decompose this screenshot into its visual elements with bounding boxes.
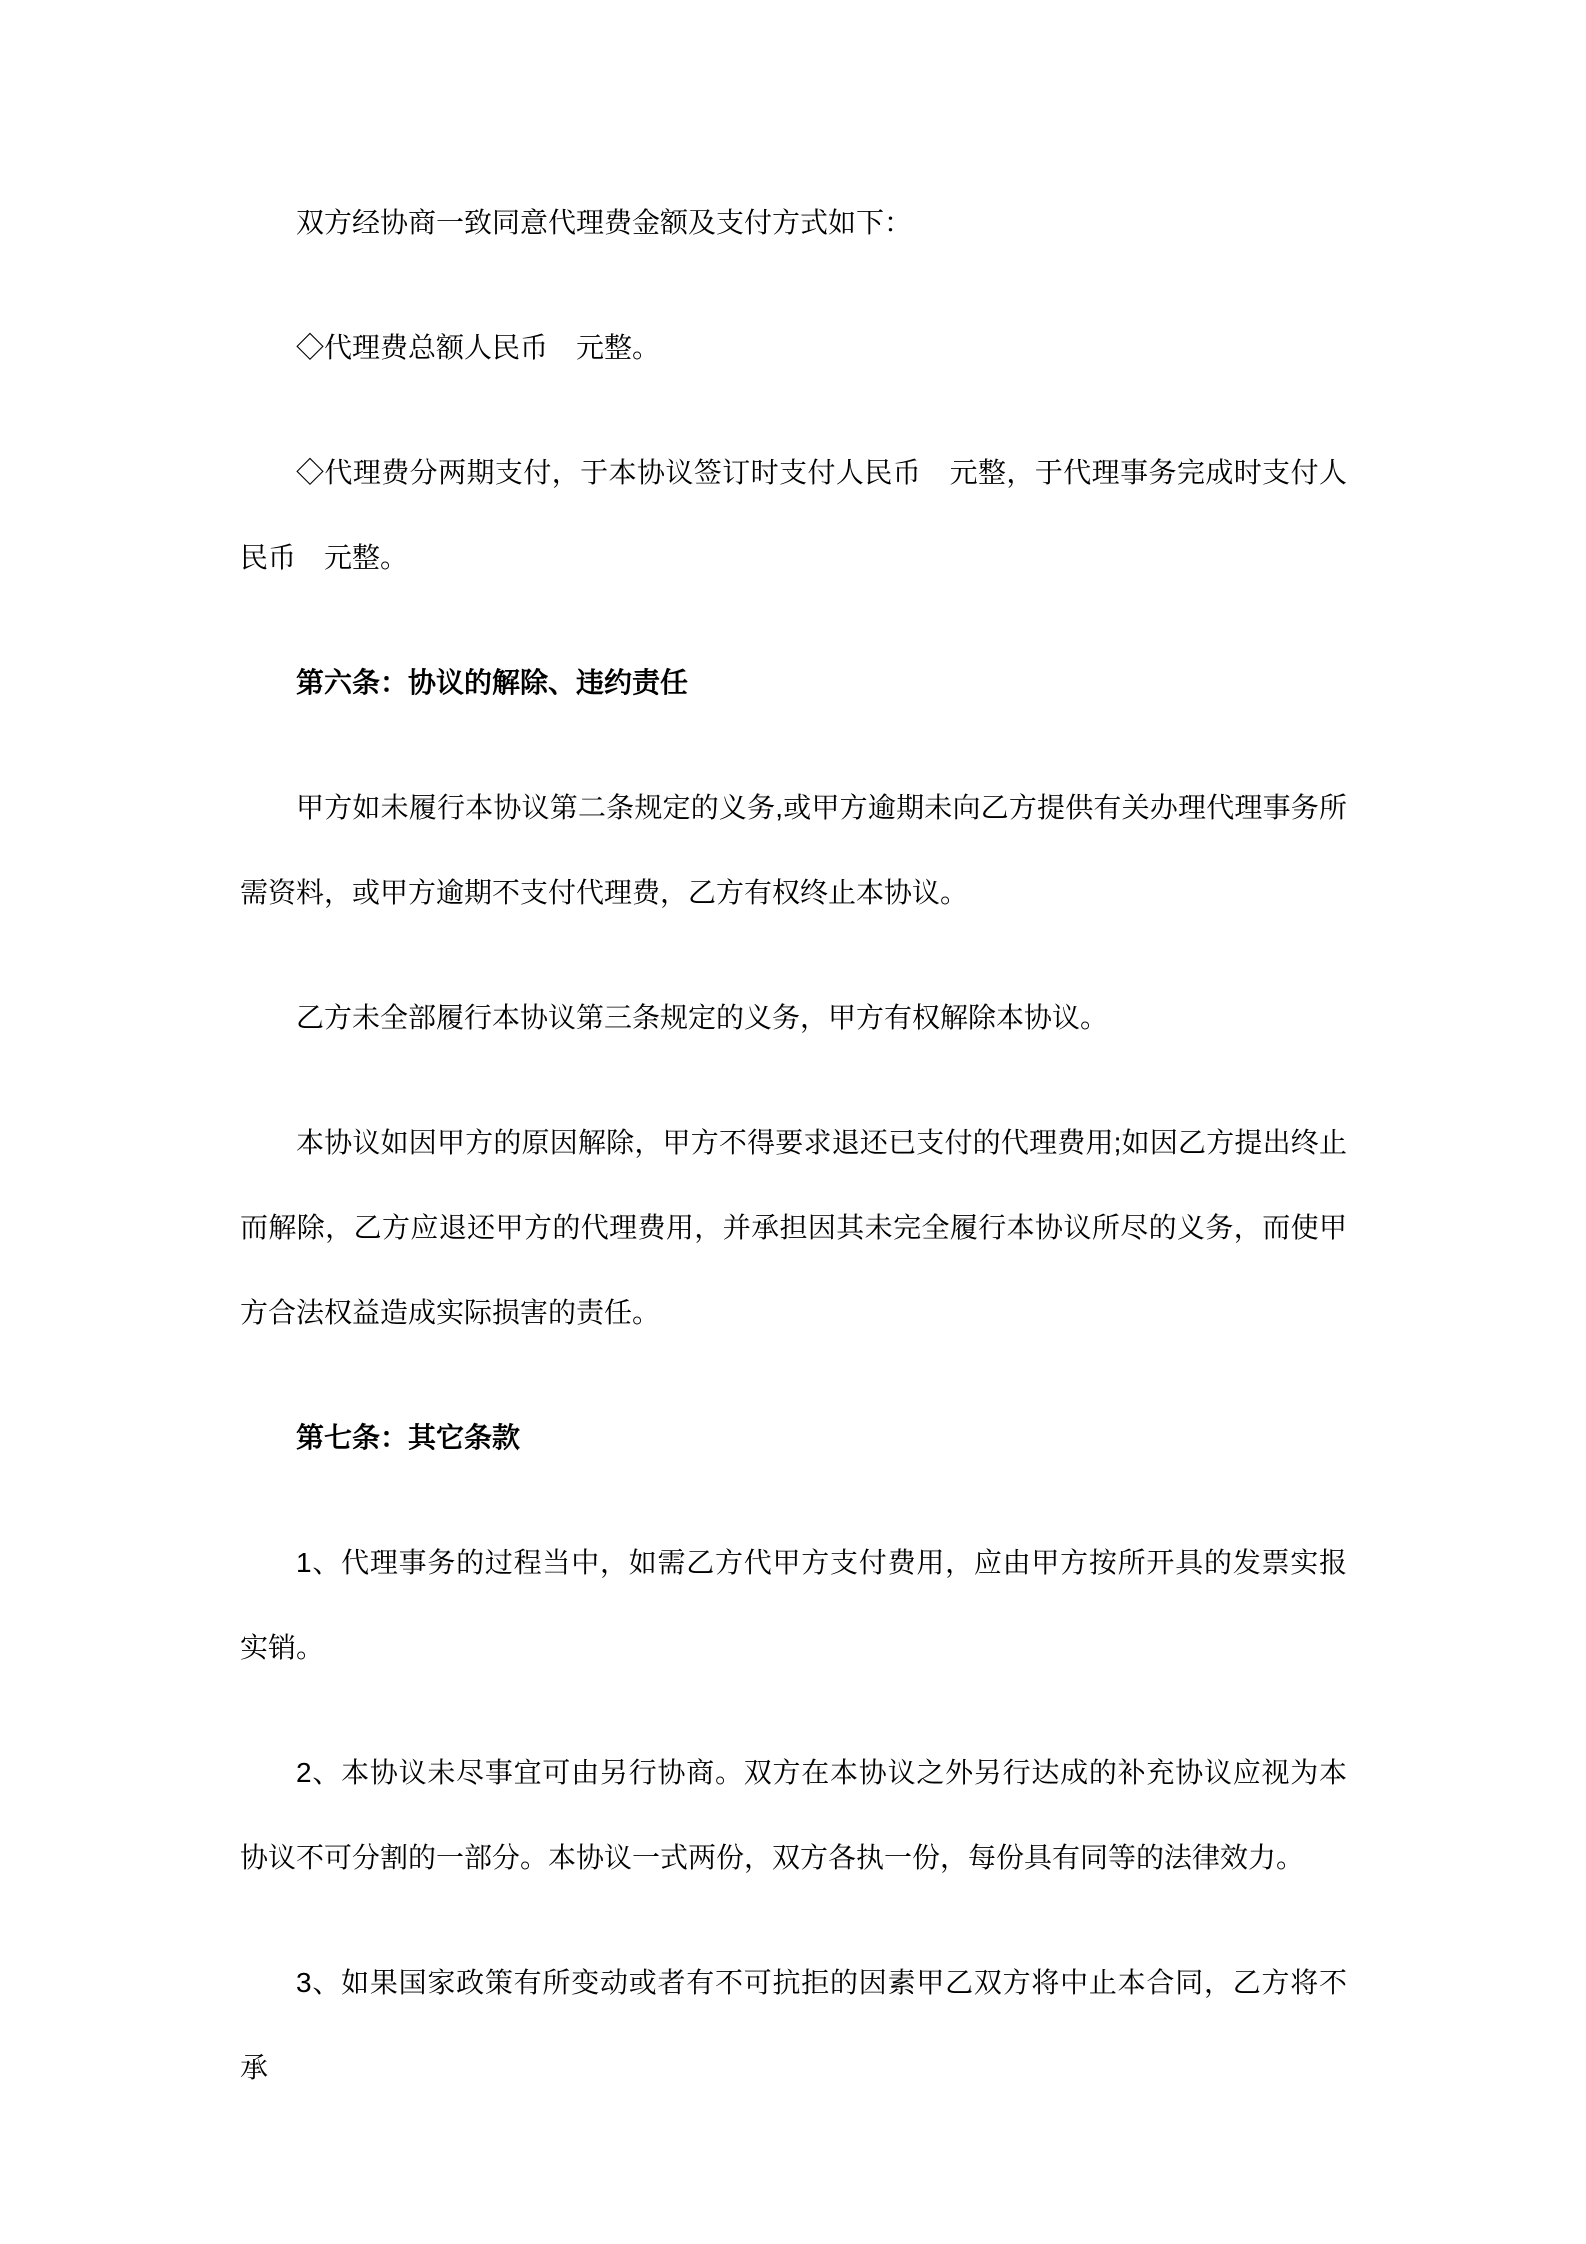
paragraph-fee-intro: 双方经协商一致同意代理费金额及支付方式如下： [240,180,1347,265]
paragraph-fee-total: ◇代理费总额人民币 元整。 [240,305,1347,390]
paragraph-party-b-breach: 乙方未全部履行本协议第三条规定的义务，甲方有权解除本协议。 [240,975,1347,1060]
paragraph-termination-terms: 本协议如因甲方的原因解除，甲方不得要求退还已支付的代理费用;如因乙方提出终止而解… [240,1100,1347,1355]
section-heading-article-6: 第六条：协议的解除、违约责任 [240,640,1347,725]
paragraph-other-clause-3: 3、如果国家政策有所变动或者有不可抗拒的因素甲乙双方将中止本合同，乙方将不承 [240,1940,1347,2110]
section-heading-article-7: 第七条：其它条款 [240,1395,1347,1480]
paragraph-other-clause-2: 2、本协议未尽事宜可由另行协商。双方在本协议之外另行达成的补充协议应视为本协议不… [240,1730,1347,1900]
document-page: 双方经协商一致同意代理费金额及支付方式如下： ◇代理费总额人民币 元整。 ◇代理… [0,0,1586,2244]
paragraph-other-clause-1: 1、代理事务的过程当中，如需乙方代甲方支付费用，应由甲方按所开具的发票实报实销。 [240,1520,1347,1690]
paragraph-party-a-breach: 甲方如未履行本协议第二条规定的义务,或甲方逾期未向乙方提供有关办理代理事务所需资… [240,765,1347,935]
paragraph-fee-installments: ◇代理费分两期支付，于本协议签订时支付人民币 元整，于代理事务完成时支付人民币 … [240,430,1347,600]
